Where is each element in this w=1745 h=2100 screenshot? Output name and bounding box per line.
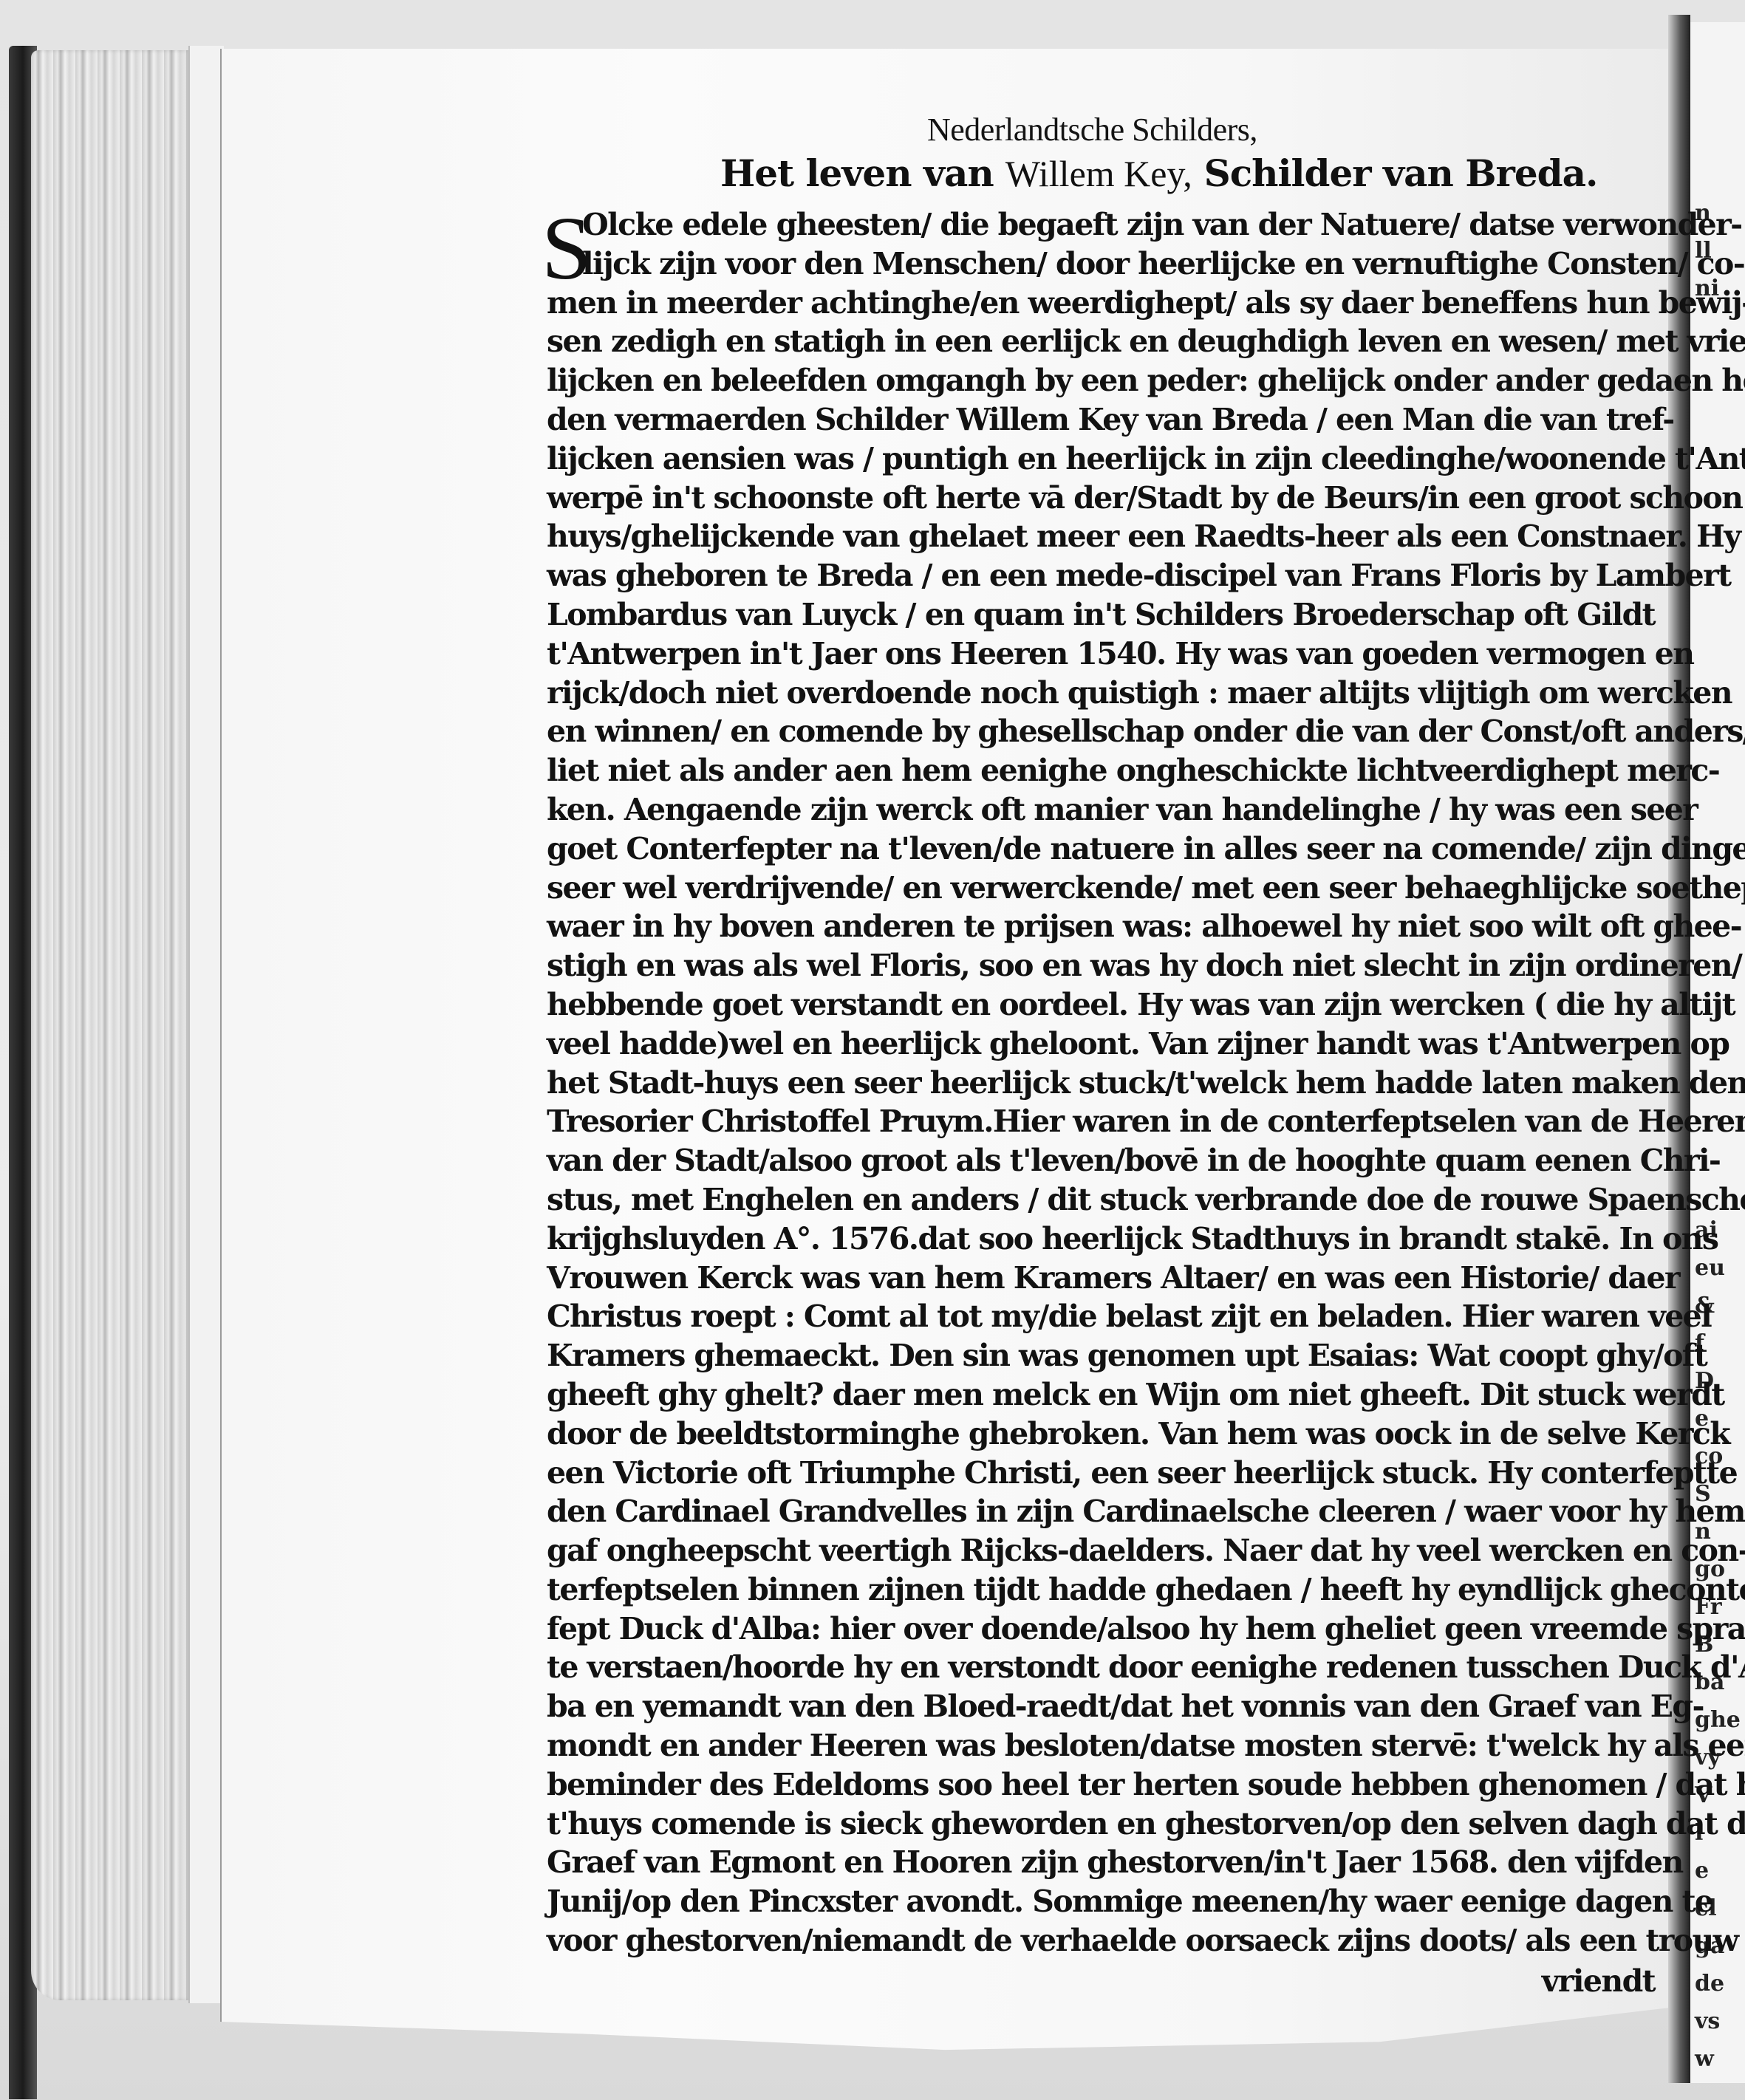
text-line: t'Antwerpen in't Jaer ons Heeren 1540. H… <box>547 635 1655 674</box>
catchword-block: vriendt <box>547 1962 1655 2001</box>
text-line: Olcke edele gheesten/ die begaeft zijn v… <box>582 205 1655 244</box>
title-part-2: Schilder van Breda. <box>1204 151 1598 195</box>
text-line: en winnen/ en comende by ghesellschap on… <box>547 712 1655 751</box>
text-line: rijck/doch niet overdoende noch quistigh… <box>547 674 1655 713</box>
text-line: ken. Aengaende zijn werck oft manier van… <box>547 790 1655 830</box>
facing-text-fragment: vs <box>1695 2008 1720 2036</box>
text-line: te verstaen/hoorde hy en verstondt door … <box>547 1648 1655 1687</box>
text-line: Kramers ghemaeckt. Den sin was genomen u… <box>547 1336 1655 1375</box>
page-stack-edges <box>31 50 190 2000</box>
text-line: lijcken aensien was / puntigh en heerlij… <box>547 440 1655 479</box>
text-line: den Cardinael Grandvelles in zijn Cardin… <box>547 1492 1655 1531</box>
text-line: door de beeldtstorminghe ghebroken. Van … <box>547 1415 1655 1454</box>
text-line: terfeptselen binnen zijnen tijdt hadde g… <box>547 1570 1655 1610</box>
text-line: fept Duck d'Alba: hier over doende/alsoo… <box>547 1610 1655 1649</box>
text-line: Vrouwen Kerck was van hem Kramers Altaer… <box>547 1259 1655 1298</box>
text-line: werpē in't schoonste oft herte vā der/St… <box>547 479 1655 518</box>
title-name: Willem Key, <box>1005 153 1192 194</box>
text-line: sen zedigh en statigh in een eerlijck en… <box>547 322 1655 361</box>
text-line: Christus roept : Comt al tot my/die bela… <box>547 1297 1655 1336</box>
text-line: Lombardus van Luyck / en quam in't Schil… <box>547 595 1655 635</box>
facing-text-fragment: e <box>1695 1857 1709 1885</box>
page-margin-fold <box>188 46 224 2003</box>
title-part-1: Het leven van <box>720 151 994 195</box>
text-line: stus, met Enghelen en anders / dit stuck… <box>547 1180 1655 1220</box>
text-line: lijcken en beleefden omgangh by een pede… <box>547 361 1655 400</box>
text-line: t'huys comende is sieck gheworden en ghe… <box>547 1805 1655 1844</box>
facing-text-fragment: w <box>1695 2045 1714 2073</box>
text-line: het Stadt-huys een seer heerlijck stuck/… <box>547 1064 1655 1103</box>
text-line: Tresorier Christoffel Pruym.Hier waren i… <box>547 1102 1655 1141</box>
text-line: stigh en was als wel Floris, soo en was … <box>547 946 1655 985</box>
text-line: huys/ghelijckende van ghelaet meer een R… <box>547 517 1655 556</box>
running-head: Nederlandtsche Schilders, <box>927 111 1257 148</box>
text-line: van der Stadt/alsoo groot als t'leven/bo… <box>547 1141 1655 1180</box>
text-line: krijghsluyden A°. 1576.dat soo heerlijck… <box>547 1220 1655 1259</box>
text-line: gaf ongheepscht veertigh Rijcks-daelders… <box>547 1531 1655 1570</box>
text-line: voor ghestorven/niemandt de verhaelde oo… <box>547 1921 1655 1960</box>
text-line: goet Conterfepter na t'leven/de natuere … <box>547 830 1655 869</box>
text-line: liet niet als ander aen hem eenighe ongh… <box>547 751 1655 790</box>
text-line: lijck zijn voor den Menschen/ door heerl… <box>582 244 1655 284</box>
text-line: was gheboren te Breda / en een mede-disc… <box>547 556 1655 595</box>
text-line: ba en yemandt van den Bloed-raedt/dat he… <box>547 1687 1655 1726</box>
text-line: mondt en ander Heeren was besloten/datse… <box>547 1726 1655 1765</box>
text-line: men in meerder achtinghe/en weerdighept/… <box>547 284 1655 323</box>
text-line: seer wel verdrijvende/ en verwerckende/ … <box>547 869 1655 908</box>
text-line: waer in hy boven anderen te prijsen was:… <box>547 907 1655 946</box>
facing-text-fragment: de <box>1695 1970 1724 1998</box>
body-text: Olcke edele gheesten/ die begaeft zijn v… <box>547 205 1655 1960</box>
facing-text-fragment: eu <box>1695 1254 1725 1282</box>
text-line: Graef van Egmont en Hooren zijn ghestorv… <box>547 1843 1655 1882</box>
text-line: hebbende goet verstandt en oordeel. Hy w… <box>547 985 1655 1025</box>
text-line: beminder des Edeldoms soo heel ter herte… <box>547 1765 1655 1805</box>
catchword: vriendt <box>547 1962 1655 2001</box>
chapter-title: Het leven van Willem Key, Schilder van B… <box>720 151 1597 195</box>
text-line: den vermaerden Schilder Willem Key van B… <box>547 400 1655 440</box>
text-line: gheeft ghy ghelt? daer men melck en Wijn… <box>547 1375 1655 1415</box>
text-line: Junij/op den Pincxster avondt. Sommige m… <box>547 1882 1655 1921</box>
text-line: een Victorie oft Triumphe Christi, een s… <box>547 1454 1655 1493</box>
text-line: veel hadde)wel en heerlijck gheloont. Va… <box>547 1025 1655 1064</box>
